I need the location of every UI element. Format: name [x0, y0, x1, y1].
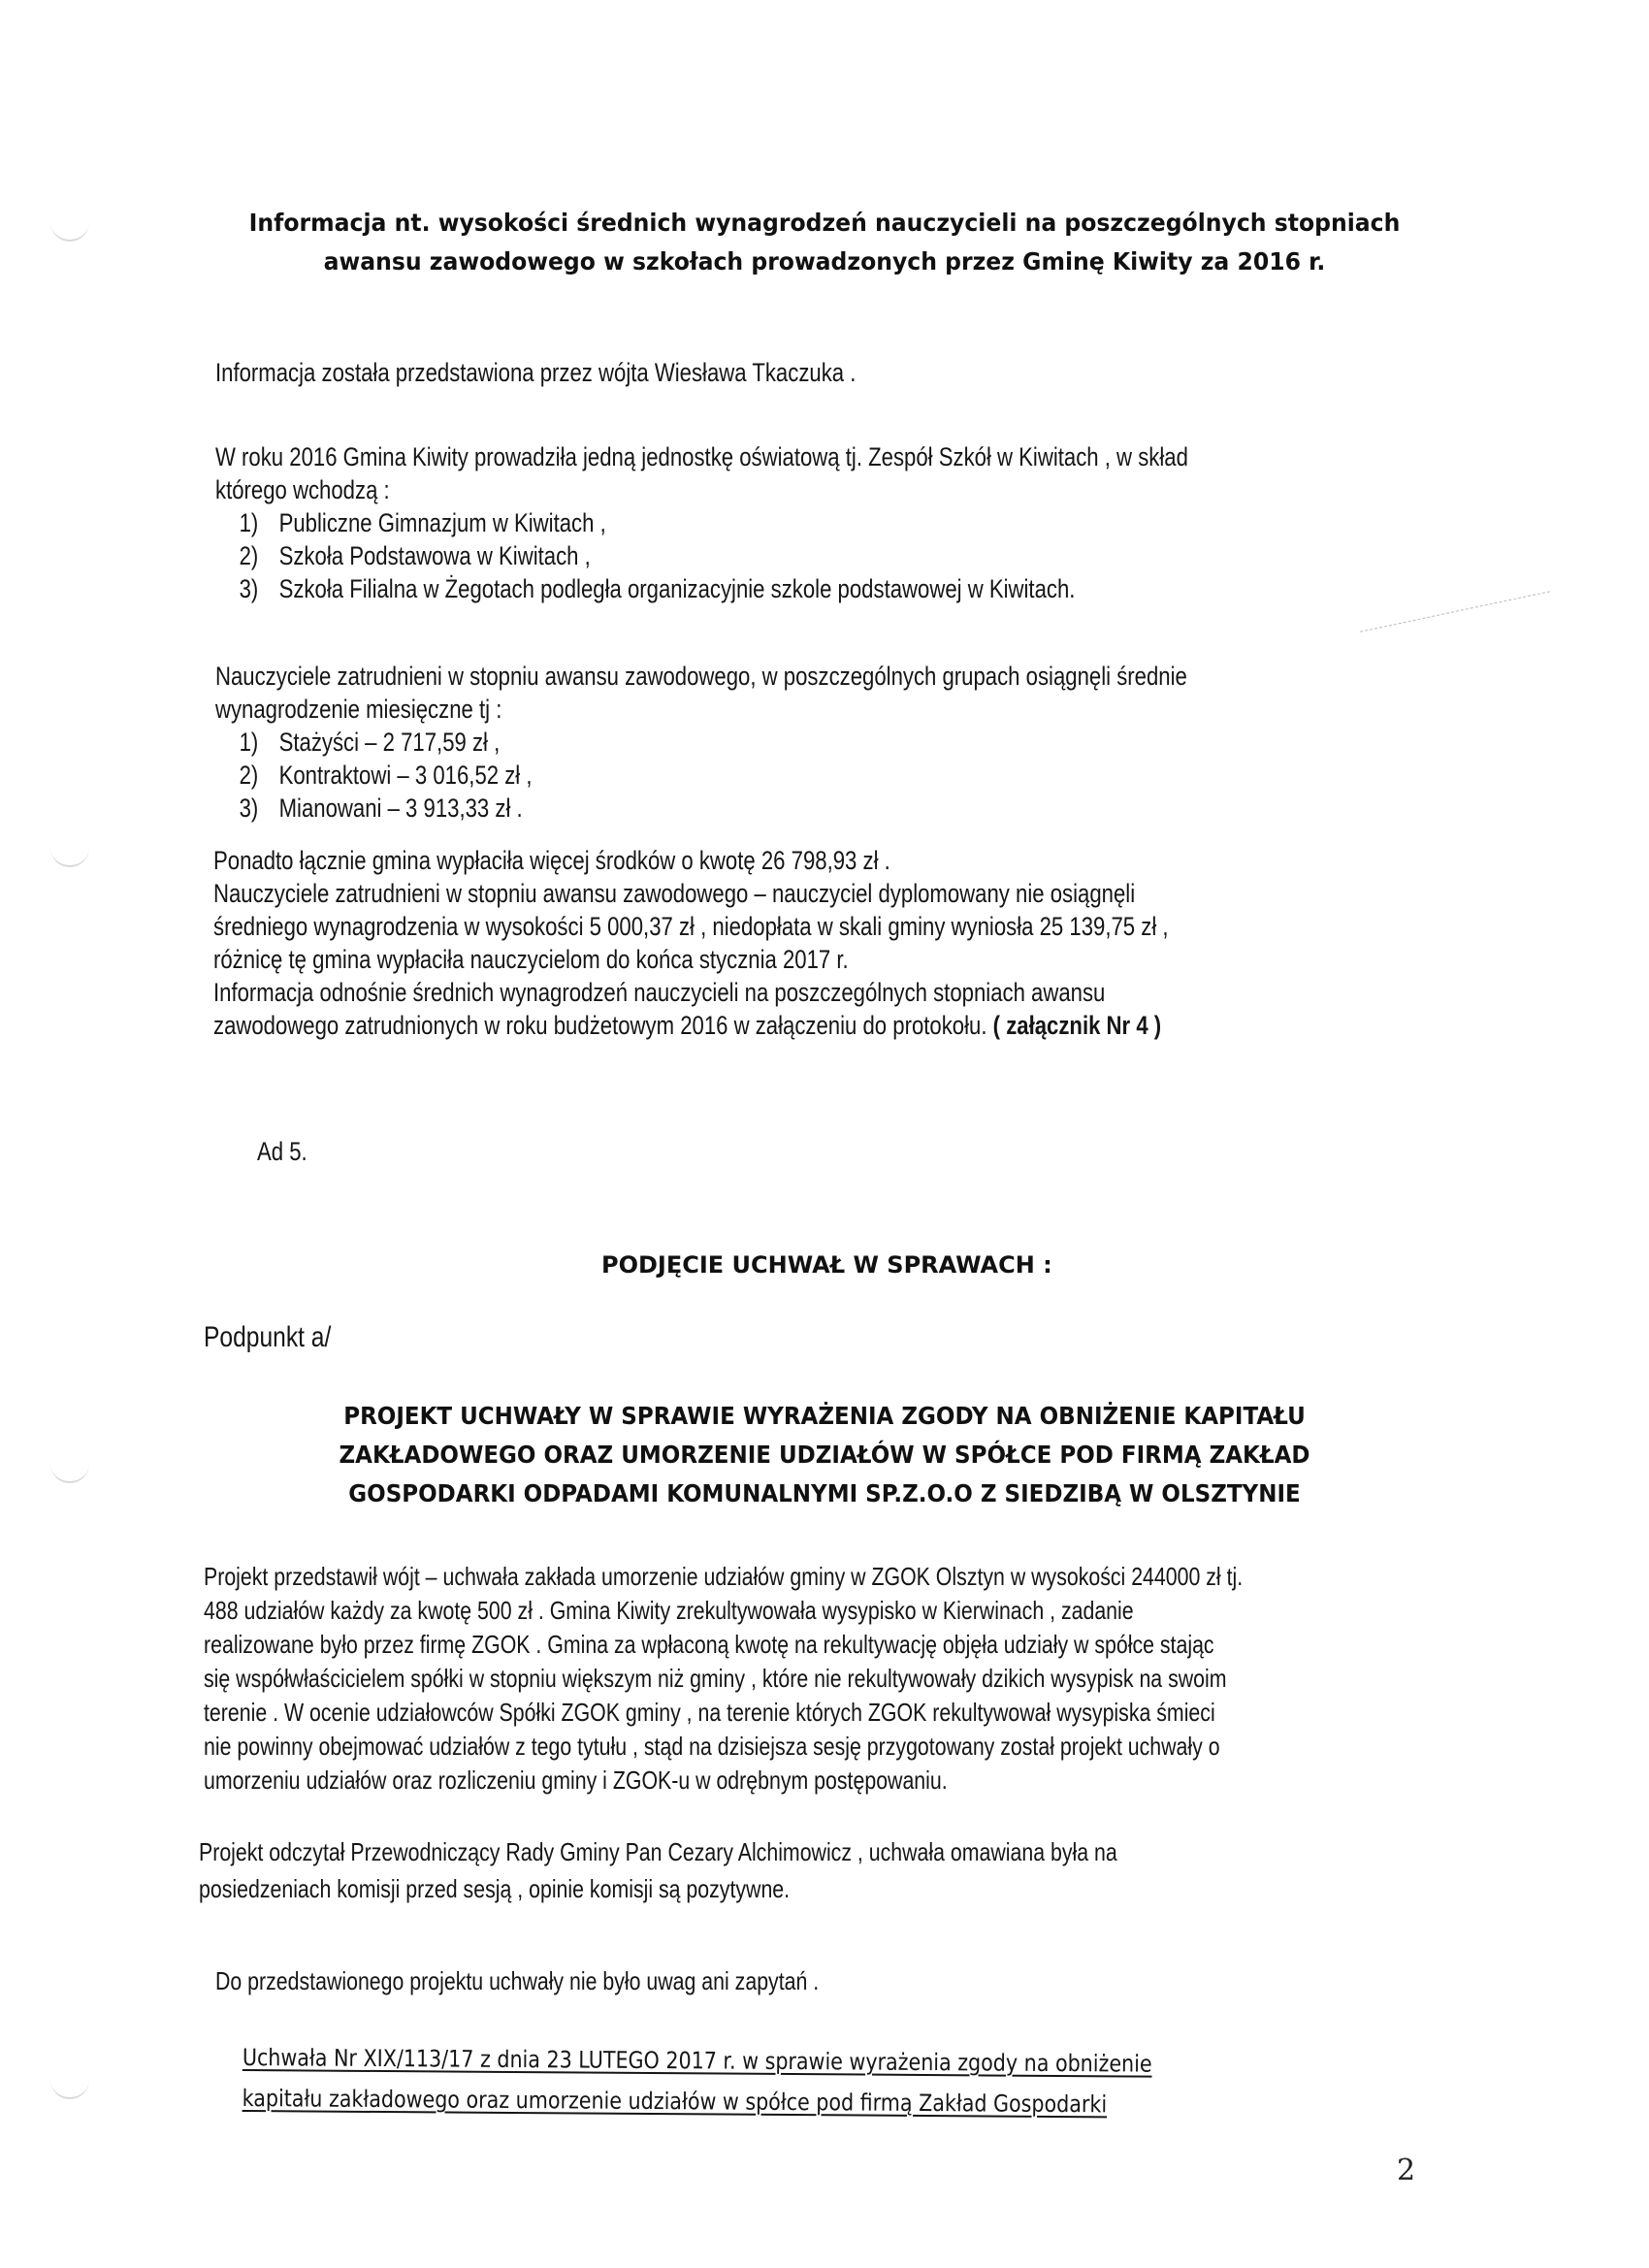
list-text: Mianowani – 3 913,33 zł . — [279, 794, 523, 823]
text-line: 488 udziałów każdy za kwotę 500 zł . Gmi… — [204, 1594, 1243, 1628]
list-item: 1)Stażyści – 2 717,59 zł , — [215, 726, 1187, 759]
list-text: Szkoła Filialna w Żegotach podległa orga… — [279, 574, 1076, 603]
title-line: ZAKŁADOWEGO ORAZ UMORZENIE UDZIAŁÓW W SP… — [280, 1436, 1369, 1474]
resolution-line: Uchwała Nr XIX/113/17 z dnia 23 LUTEGO 2… — [242, 2037, 1152, 2085]
list-text: Publiczne Gimnazjum w Kiwitach , — [279, 508, 606, 537]
resolution-line: kapitału zakładowego oraz umorzenie udzi… — [242, 2078, 1152, 2125]
no-remarks-text: Do przedstawionego projektu uchwały nie … — [215, 1964, 819, 1997]
paragraph-reading: Projekt odczytał Przewodniczący Rady Gmi… — [199, 1833, 1117, 1907]
punch-hole-mark — [50, 844, 89, 867]
punch-hole-mark — [50, 218, 89, 242]
text-line: średniego wynagrodzenia w wysokości 5 00… — [213, 910, 1169, 943]
list-text: Kontraktowi – 3 016,52 zł , — [279, 761, 533, 790]
list-text: Szkoła Podstawowa w Kiwitach , — [279, 541, 591, 570]
list-item: 3)Szkoła Filialna w Żegotach podległa or… — [215, 572, 1188, 605]
text-line: zawodowego zatrudnionych w roku budżetow… — [213, 1009, 1169, 1042]
text-line: Ponadto łącznie gmina wypłaciła więcej ś… — [213, 844, 1169, 877]
title-line: GOSPODARKI ODPADAMI KOMUNALNYMI SP.Z.O.O… — [280, 1474, 1369, 1513]
list-number: 3) — [240, 572, 279, 605]
list-number: 2) — [240, 759, 279, 792]
list-item: 1)Publiczne Gimnazjum w Kiwitach , — [215, 506, 1188, 539]
text-line: posiedzeniach komisji przed sesją , opin… — [199, 1870, 1117, 1907]
text-segment: zawodowego zatrudnionych w roku budżetow… — [213, 1011, 993, 1040]
attachment-reference: ( załącznik Nr 4 ) — [993, 1011, 1161, 1040]
list-number: 1) — [240, 726, 279, 759]
subpoint-label: Podpunkt a/ — [204, 1321, 331, 1354]
text-line: Projekt przedstawił wójt – uchwała zakła… — [204, 1560, 1243, 1594]
text-line: różnicę tę gmina wypłaciła nauczycielom … — [213, 943, 1169, 976]
title-line: Informacja nt. wysokości średnich wynagr… — [173, 204, 1476, 243]
text-line: Informacja odnośnie średnich wynagrodzeń… — [213, 976, 1169, 1009]
text-line: W roku 2016 Gmina Kiwity prowadziła jedn… — [215, 440, 1188, 473]
text-line: się współwłaścicielem spółki w stopniu w… — [204, 1662, 1243, 1696]
list-number: 2) — [240, 539, 279, 572]
list-item: 2)Kontraktowi – 3 016,52 zł , — [215, 759, 1187, 792]
text-line: wynagrodzenie miesięczne tj : — [215, 693, 1187, 726]
punch-hole-mark — [50, 2076, 89, 2099]
list-text: Stażyści – 2 717,59 zł , — [279, 728, 501, 757]
punch-hole-mark — [50, 1460, 89, 1483]
scan-smudge — [1360, 591, 1550, 632]
list-number: 1) — [240, 506, 279, 539]
text-line: realizowane było przez firmę ZGOK . Gmin… — [204, 1628, 1243, 1662]
paragraph-salaries: Nauczyciele zatrudnieni w stopniu awansu… — [215, 660, 1187, 825]
title-line: awansu zawodowego w szkołach prowadzonyc… — [173, 243, 1476, 281]
text-line: Projekt odczytał Przewodniczący Rady Gmi… — [199, 1833, 1117, 1870]
text-line: którego wchodzą : — [215, 473, 1188, 506]
list-number: 3) — [240, 792, 279, 825]
text-line: nie powinny obejmować udziałów z tego ty… — [204, 1730, 1243, 1764]
paragraph-summary: Ponadto łącznie gmina wypłaciła więcej ś… — [213, 844, 1169, 1042]
text-line: Nauczyciele zatrudnieni w stopniu awansu… — [213, 877, 1169, 910]
list-item: 2)Szkoła Podstawowa w Kiwitach , — [215, 539, 1188, 572]
paragraph-project: Projekt przedstawił wójt – uchwała zakła… — [204, 1560, 1243, 1798]
list-item: 3)Mianowani – 3 913,33 zł . — [215, 792, 1187, 825]
project-title: PROJEKT UCHWAŁY W SPRAWIE WYRAŻENIA ZGOD… — [280, 1397, 1369, 1513]
ad-label: Ad 5. — [257, 1135, 307, 1168]
resolution-reference: Uchwała Nr XIX/113/17 z dnia 23 LUTEGO 2… — [242, 2037, 1152, 2125]
document-title: Informacja nt. wysokości średnich wynagr… — [173, 204, 1476, 281]
intro-text: Informacja została przedstawiona przez w… — [215, 356, 856, 389]
title-line: PROJEKT UCHWAŁY W SPRAWIE WYRAŻENIA ZGOD… — [280, 1397, 1369, 1436]
text-line: umorzeniu udziałów oraz rozliczeniu gmin… — [204, 1764, 1243, 1798]
document-page: Informacja nt. wysokości średnich wynagr… — [0, 0, 1649, 2268]
text-line: terenie . W ocenie udziałowców Spółki ZG… — [204, 1696, 1243, 1730]
section-title: PODJĘCIE UCHWAŁ W SPRAWACH : — [601, 1251, 1052, 1279]
text-line: Nauczyciele zatrudnieni w stopniu awansu… — [215, 660, 1187, 693]
paragraph-schools: W roku 2016 Gmina Kiwity prowadziła jedn… — [215, 440, 1188, 605]
page-number: 2 — [1397, 2154, 1415, 2187]
